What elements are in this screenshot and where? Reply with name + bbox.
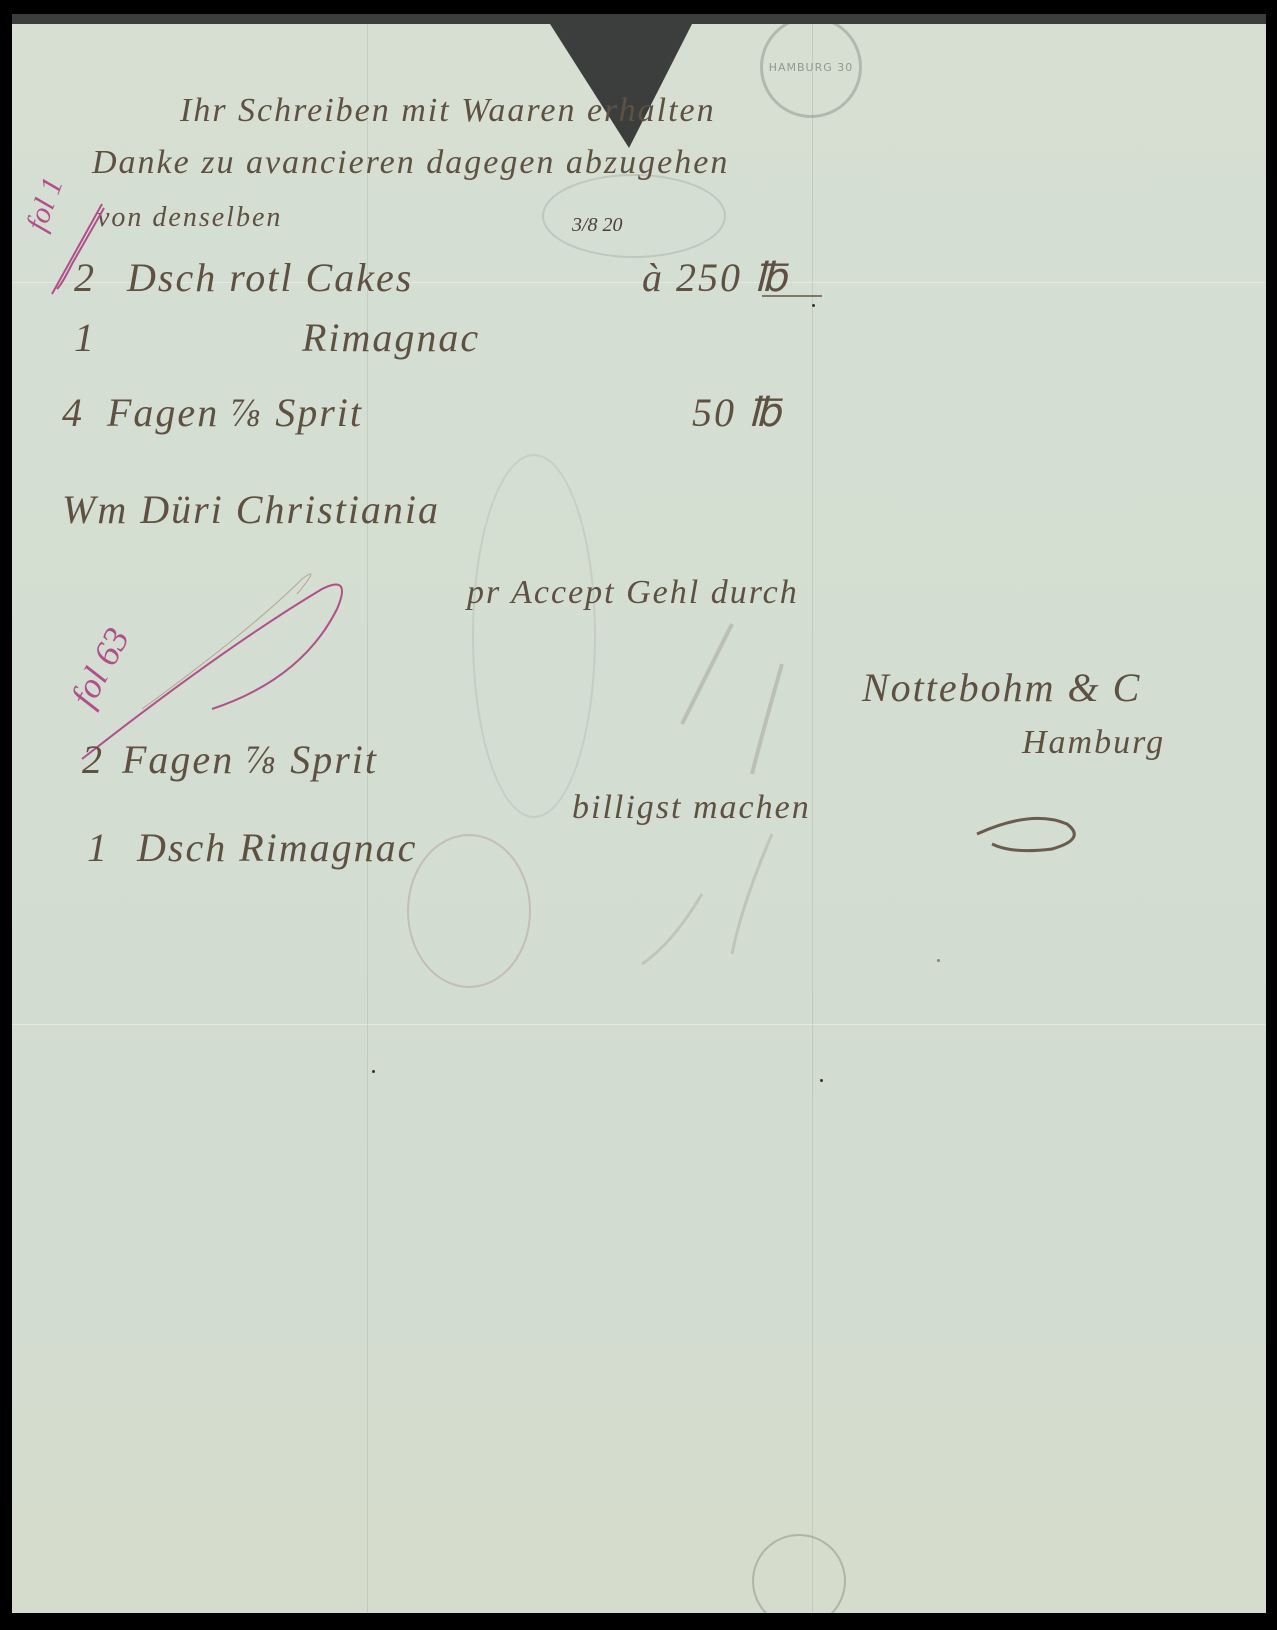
red-postmark — [407, 834, 531, 988]
ink-dot — [937, 959, 940, 962]
order2-item-1-qty: 2 — [82, 736, 104, 783]
ink-dot — [820, 1079, 823, 1082]
firm-city: Hamburg — [1022, 724, 1165, 762]
order2-item-2-qty: 1 — [87, 824, 109, 871]
order2-item-2-text: Dsch Rimagnac — [137, 824, 417, 871]
fold-line — [12, 1024, 1266, 1025]
price-underline — [762, 295, 822, 297]
order-item-1-text: Dsch rotl Cakes — [127, 254, 413, 301]
faint-postmark — [472, 454, 596, 818]
order-item-3-text: Fagen ⅞ Sprit — [107, 389, 363, 436]
order-item-1-price: à 250 ℔ — [642, 254, 789, 301]
letter-line-2: Danke zu avancieren dagegen abzugehen — [92, 144, 729, 182]
oval-stamp — [542, 174, 726, 258]
ink-dot — [812, 304, 815, 307]
order-item-2-text: Rimagnac — [302, 314, 480, 361]
firm-name: Nottebohm & C — [862, 664, 1141, 711]
docket-number: 3/8 20 — [572, 214, 623, 237]
bleed-through-marks — [612, 604, 872, 984]
note-flourish — [972, 804, 1092, 864]
letter-paper: HAMBURG 30 Ihr Schreiben mit Waaren erha… — [12, 24, 1266, 1613]
order-item-3-price: 50 ℔ — [692, 389, 783, 436]
order-item-2-qty: 1 — [74, 314, 96, 361]
order-item-3-qty: 4 — [62, 389, 84, 436]
order-item-1-qty: 2 — [74, 254, 96, 301]
recipient-name: Wm Düri Christiania — [62, 486, 440, 533]
letter-line-1: Ihr Schreiben mit Waaren erhalten — [180, 92, 716, 130]
ink-dot — [372, 1070, 375, 1073]
order2-item-1-text: Fagen ⅞ Sprit — [122, 736, 378, 783]
bottom-postmark — [752, 1534, 846, 1613]
